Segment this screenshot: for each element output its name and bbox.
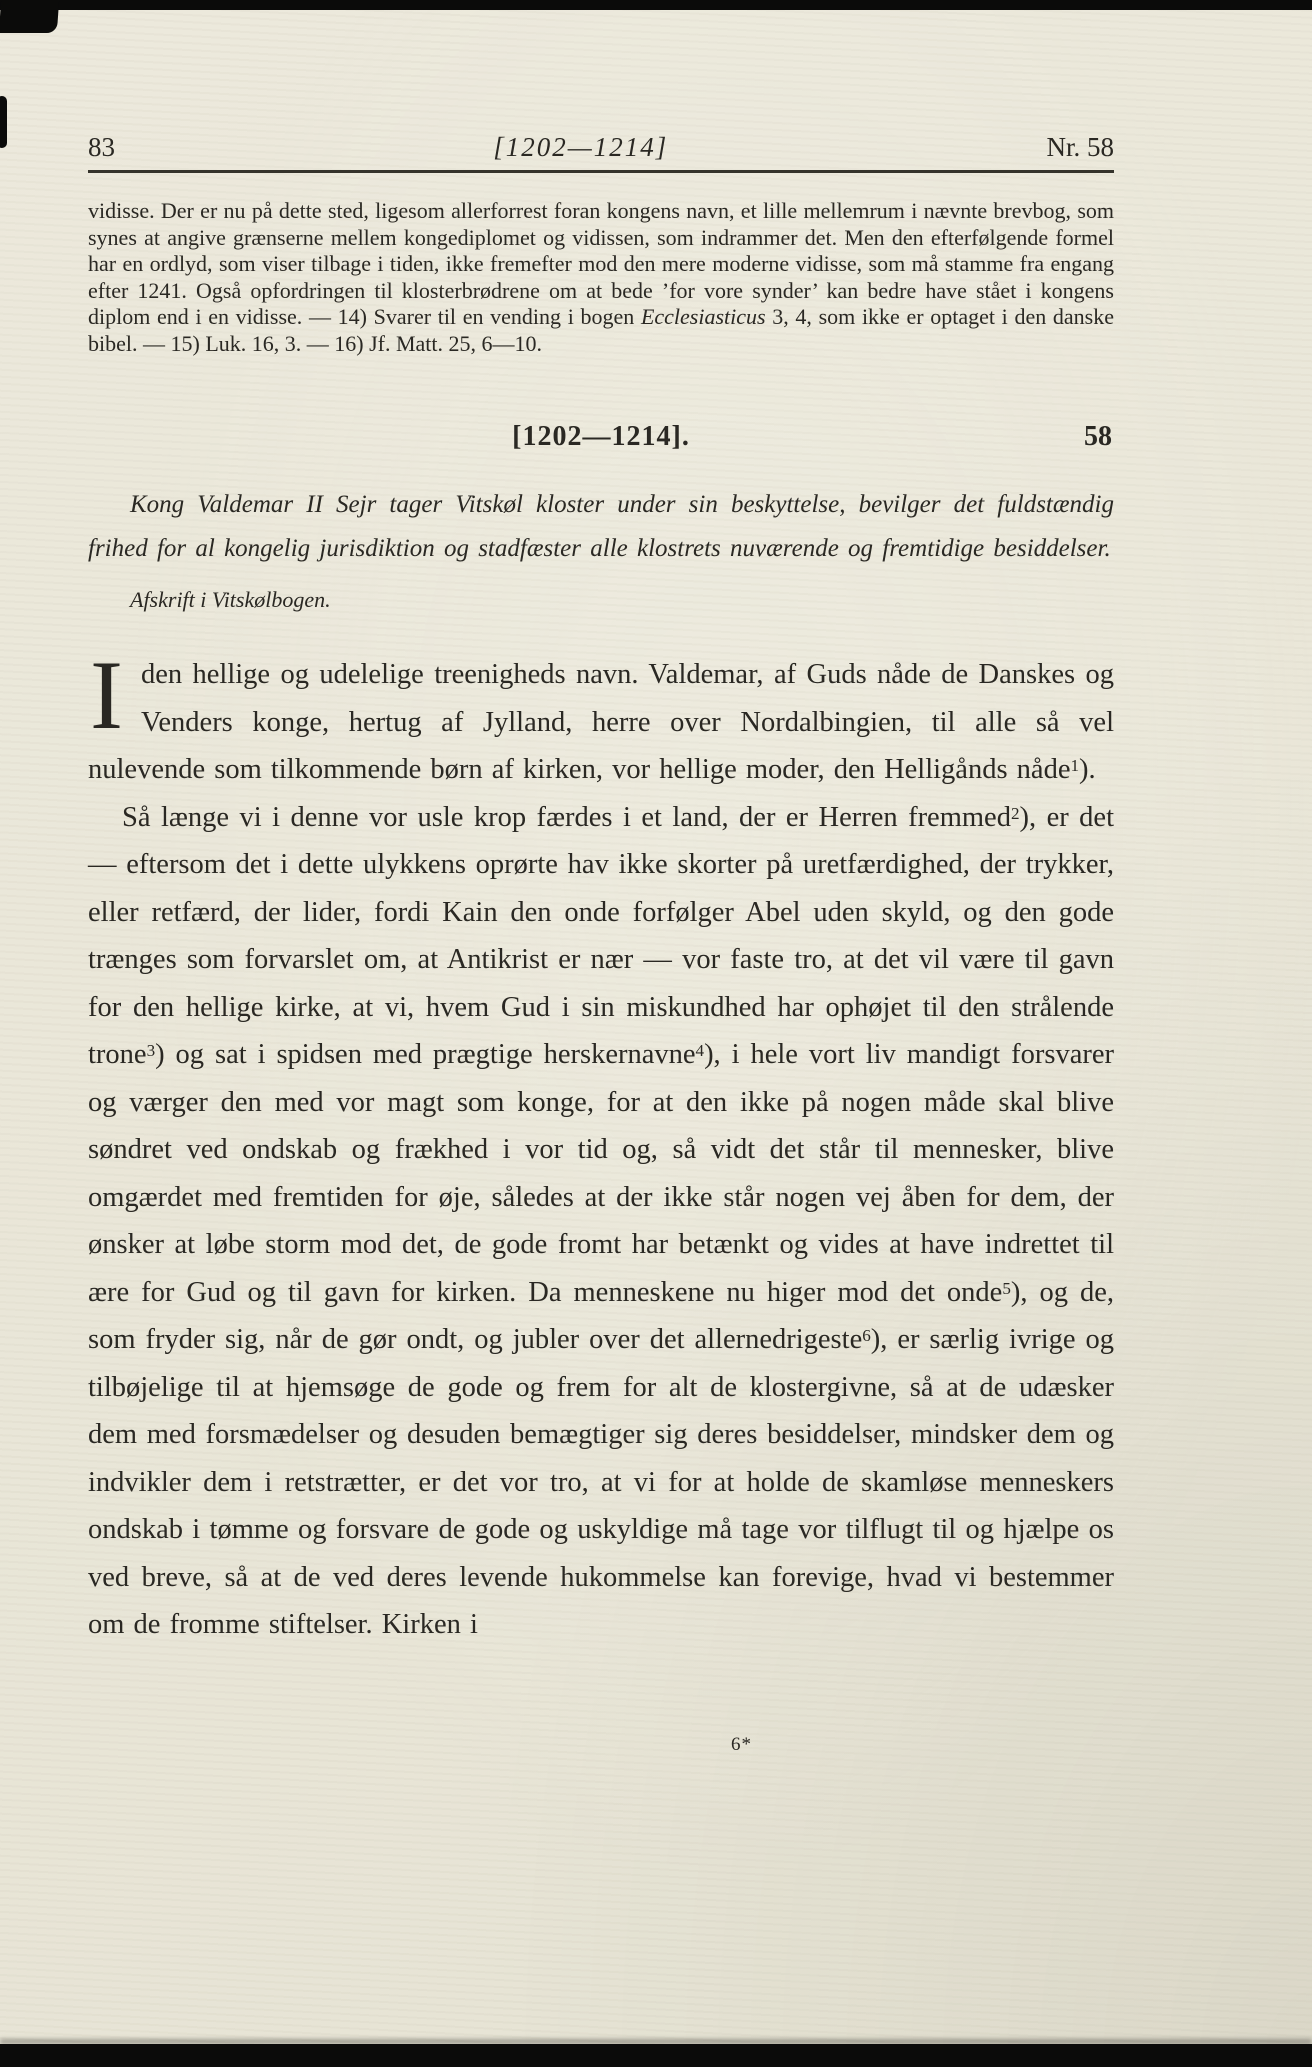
scan-edge-top-left <box>0 0 59 33</box>
running-head: 83 [1202—1214] Nr. 58 <box>88 132 1114 163</box>
body-paragraph-1: Iden hellige og udelelige treenigheds na… <box>88 651 1114 794</box>
header-rule <box>88 170 1114 173</box>
running-head-date-range: [1202—1214] <box>493 132 668 163</box>
page-content: 83 [1202—1214] Nr. 58 vidisse. Der er nu… <box>88 132 1114 1649</box>
scan-edge-top <box>0 0 1312 10</box>
apparatus-notes-paragraph: vidisse. Der er nu på dette sted, ligeso… <box>88 198 1114 357</box>
drop-cap: I <box>88 651 141 734</box>
source-note: Afskrift i Vitskølbogen. <box>130 587 1114 613</box>
entry-heading-number: 58 <box>1084 421 1112 453</box>
running-head-doc-number: Nr. 58 <box>1047 132 1115 163</box>
entry-heading-date: [1202—1214]. <box>512 421 690 452</box>
document-body: Iden hellige og udelelige treenigheds na… <box>88 651 1114 1649</box>
entry-heading: [1202—1214]. 58 <box>88 421 1114 453</box>
body-paragraph-2: Så længe vi i denne vor usle krop færdes… <box>88 794 1114 1649</box>
regest-summary: Kong Valdemar II Sejr tager Vitskøl klos… <box>88 483 1114 571</box>
signature-mark: 6* <box>731 1734 752 1756</box>
scan-edge-left-smudge <box>0 96 7 148</box>
page-number: 83 <box>88 132 115 163</box>
scan-edge-bottom <box>0 2044 1312 2067</box>
scanned-page: 83 [1202—1214] Nr. 58 vidisse. Der er nu… <box>0 0 1312 2067</box>
body-paragraph-1-text: den hellige og udelelige treenigheds nav… <box>88 659 1114 785</box>
